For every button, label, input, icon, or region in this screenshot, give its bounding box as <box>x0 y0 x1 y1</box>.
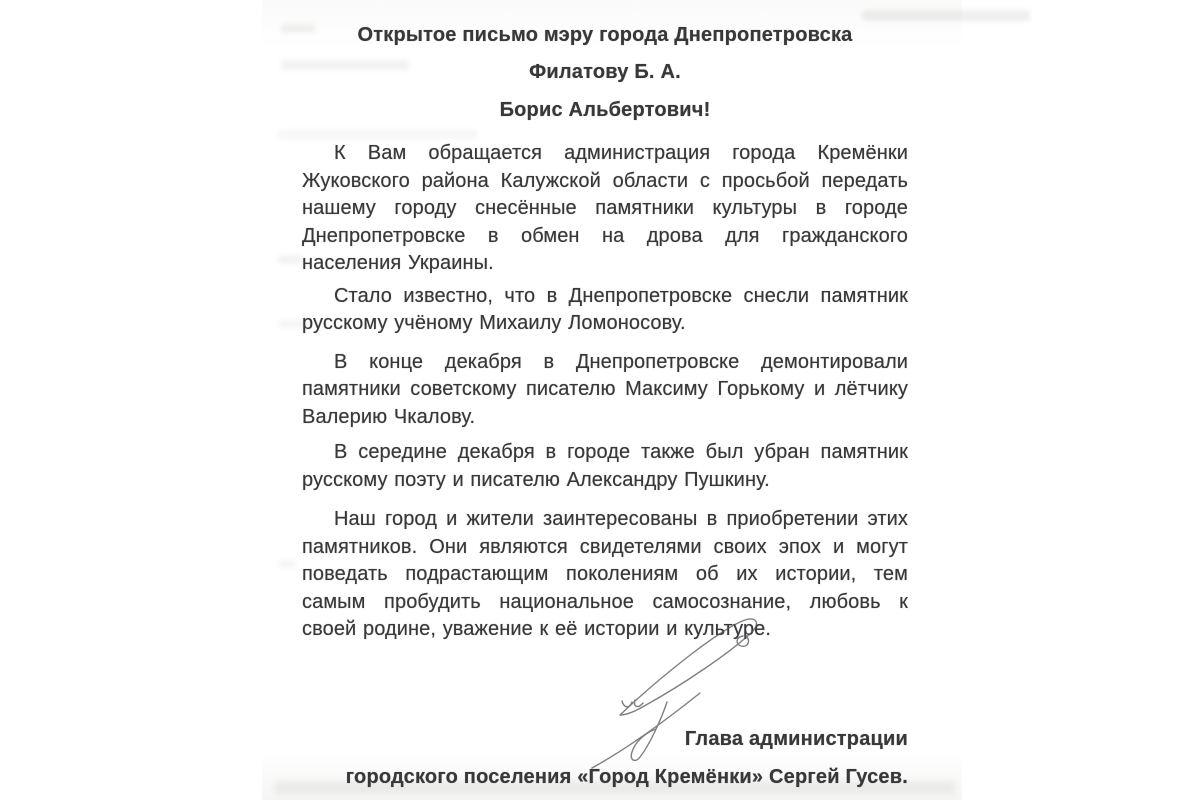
letter-addressee: Филатову Б. А. <box>302 59 908 85</box>
letter-body: К Вам обращается администрация города Кр… <box>302 140 908 644</box>
bleedthrough-artifact <box>278 255 302 264</box>
letter-paragraph: К Вам обращается администрация города Кр… <box>302 140 908 278</box>
scanned-letter-page: Открытое письмо мэру города Днепропетров… <box>0 0 1200 800</box>
letter-paragraph: Стало известно, что в Днепропетровске сн… <box>302 283 908 338</box>
letter-salutation: Борис Альбертович! <box>302 97 908 123</box>
bleedthrough-artifact <box>278 560 296 568</box>
signature-block: Глава администрации городского поселения… <box>302 726 908 790</box>
signature-name-line: городского поселения «Город Кремёнки» Се… <box>302 764 908 790</box>
letter-paragraph: В конце декабря в Днепропетровске демонт… <box>302 349 908 432</box>
letter-paragraph: Наш город и жители заинтересованы в прио… <box>302 506 908 644</box>
letter-paragraph: В середине декабря в городе также был уб… <box>302 439 908 494</box>
signature-title-line: Глава администрации <box>302 726 908 752</box>
letter-content: Открытое письмо мэру города Днепропетров… <box>302 0 908 790</box>
letter-title: Открытое письмо мэру города Днепропетров… <box>302 22 908 48</box>
